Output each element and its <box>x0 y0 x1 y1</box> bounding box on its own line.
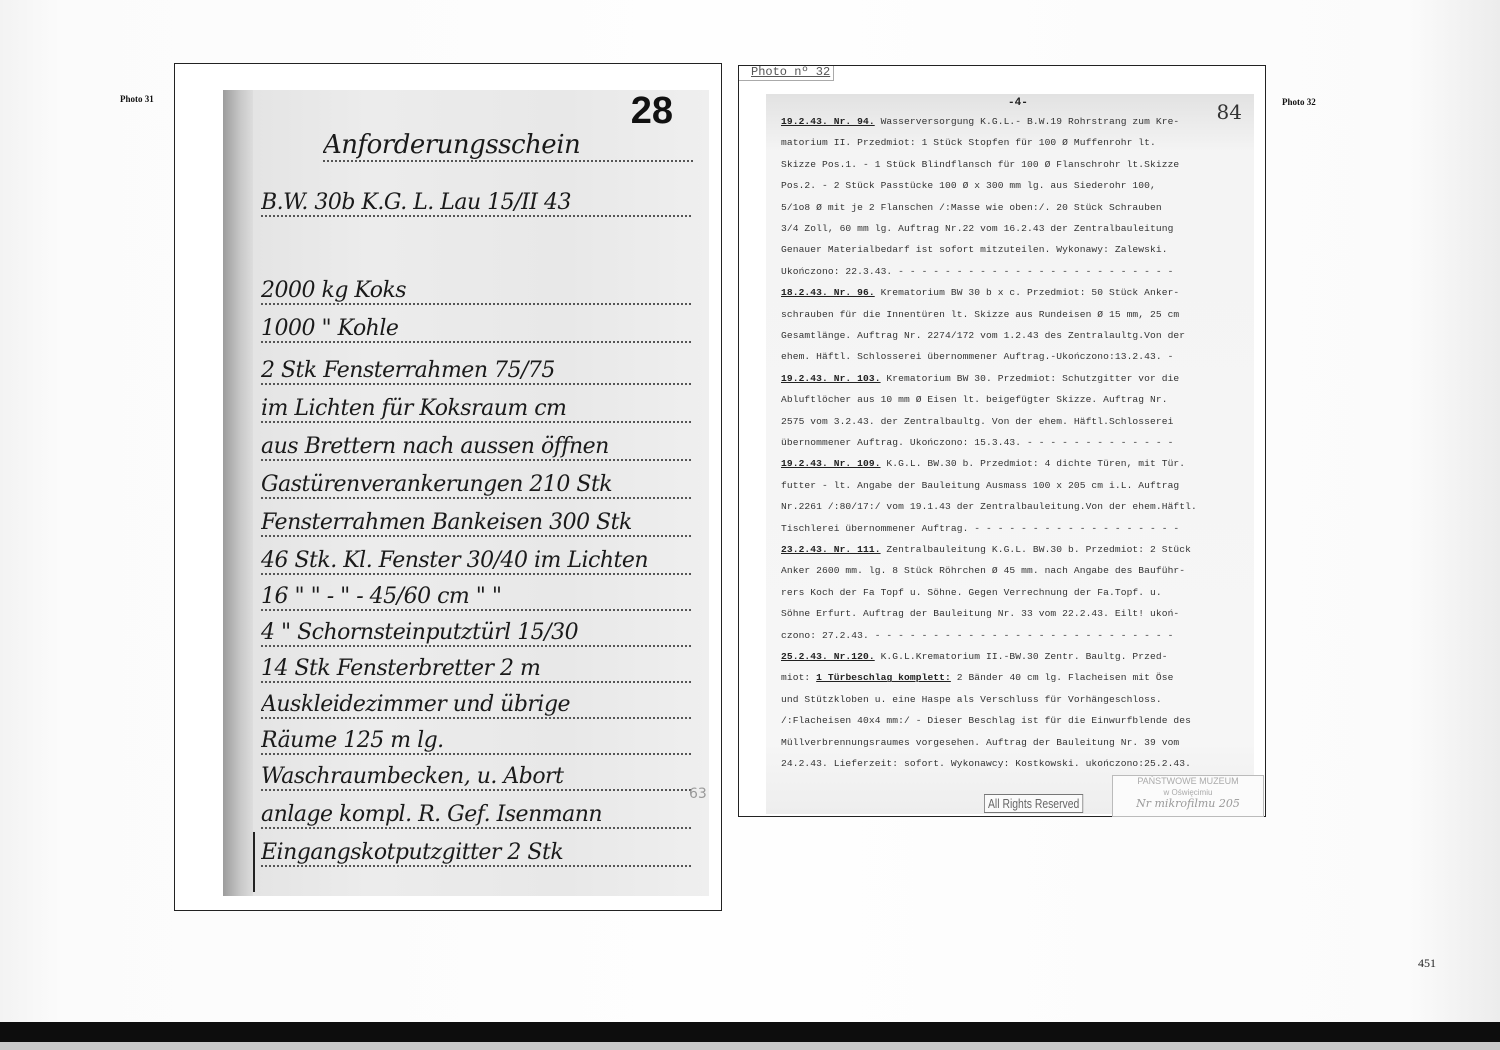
photo-caption: Photo nº 32 <box>751 65 830 79</box>
typewritten-line: 2575 vom 3.2.43. der Zentralbaultg. Von … <box>781 416 1246 427</box>
typewritten-line: Anker 2600 mm. lg. 8 Stück Röhrchen Ø 45… <box>781 565 1246 576</box>
typewritten-line: Müllverbrennungsraumes vorgesehen. Auftr… <box>781 737 1246 748</box>
typewritten-line: 25.2.43. Nr.120. K.G.L.Krematorium II.-B… <box>781 651 1246 662</box>
entry-text: czono: 27.2.43. - - - - - - - - - - - - … <box>781 630 1173 641</box>
entry-text: Skizze Pos.1. - 1 Stück Blindflansch für… <box>781 159 1179 170</box>
entry-text: K.G.L. BW.30 b. Przedmiot: 4 dichte Türe… <box>881 458 1186 469</box>
photo-32-label: Photo 32 <box>1282 97 1316 107</box>
handwritten-line: aus Brettern nach aussen öffnen <box>261 434 691 461</box>
typewritten-line: 5/1o8 Ø mit je 2 Flanschen /:Masse wie o… <box>781 202 1246 213</box>
entry-text: 24.2.43. Lieferzeit: sofort. Wykonawcy: … <box>781 758 1191 769</box>
typewritten-line: miot: 1 Türbeschlag komplett: 2 Bänder 4… <box>781 672 1246 683</box>
typewritten-line: Pos.2. - 2 Stück Passtücke 100 Ø x 300 m… <box>781 180 1246 191</box>
entry-text: Ukończono: 22.3.43. - - - - - - - - - - … <box>781 266 1173 277</box>
typewritten-line: Gesamtlänge. Auftrag Nr. 2274/172 vom 1.… <box>781 330 1246 341</box>
museum-stamp-title: PAŃSTWOWE MUZEUM <box>1113 776 1263 787</box>
notebook-binding-shadow <box>223 90 253 896</box>
entry-text: übernommener Auftrag. Ukończono: 15.3.43… <box>781 437 1173 448</box>
entry-date-number: 23.2.43. Nr. 111. <box>781 544 881 555</box>
entry-text: Abluftlöcher aus 10 mm Ø Eisen lt. beige… <box>781 394 1168 405</box>
entry-text: 5/1o8 Ø mit je 2 Flanschen /:Masse wie o… <box>781 202 1162 213</box>
typewritten-line: /:Flacheisen 40x4 mm:/ - Dieser Beschlag… <box>781 715 1246 726</box>
entry-text: /:Flacheisen 40x4 mm:/ - Dieser Beschlag… <box>781 715 1191 726</box>
photo-31-label: Photo 31 <box>120 94 154 104</box>
typewritten-sheet: -4- 84 19.2.43. Nr. 94. Wasserversorgung… <box>766 94 1254 814</box>
handwritten-line: Waschraumbecken, u. Abort <box>261 764 691 791</box>
handwritten-line: Gastürenverankerungen 210 Stk <box>261 472 691 499</box>
entry-text: futter - lt. Angabe der Bauleitung Ausma… <box>781 480 1179 491</box>
entry-date-number: 25.2.43. Nr.120. <box>781 651 875 662</box>
typewritten-line: 23.2.43. Nr. 111. Zentralbauleitung K.G.… <box>781 544 1246 555</box>
entry-underlined-text: 1 Türbeschlag komplett: <box>816 672 951 683</box>
handwritten-requisition-photo: 28 Anforderungsschein B.W. 30b K.G. L. L… <box>223 90 709 896</box>
scan-bottom-edge <box>0 1022 1500 1042</box>
page-number: 451 <box>1418 956 1436 971</box>
entry-date-number: 19.2.43. Nr. 103. <box>781 373 881 384</box>
typewritten-line: 24.2.43. Lieferzeit: sofort. Wykonawcy: … <box>781 758 1246 769</box>
handwritten-line: Eingangskotputzgitter 2 Stk <box>261 840 691 867</box>
entry-text: und Stützkloben u. eine Haspe als Versch… <box>781 694 1162 705</box>
typewritten-line: ehem. Häftl. Schlosserei übernommener Au… <box>781 351 1246 362</box>
handwritten-line: 16 " " - " - 45/60 cm " " <box>261 584 691 611</box>
typewritten-line: 19.2.43. Nr. 103. Krematorium BW 30. Prz… <box>781 373 1246 384</box>
entry-text: Krematorium BW 30 b x c. Przedmiot: 50 S… <box>875 287 1180 298</box>
entry-text: Nr.2261 /:80/17:/ vom 19.1.43 der Zentra… <box>781 501 1197 512</box>
handwritten-line: Räume 125 m lg. <box>261 728 691 755</box>
typewritten-line: Ukończono: 22.3.43. - - - - - - - - - - … <box>781 266 1246 277</box>
handwritten-line: B.W. 30b K.G. L. Lau 15/II 43 <box>261 190 691 217</box>
handwritten-line: 46 Stk. Kl. Fenster 30/40 im Lichten <box>261 548 691 575</box>
typewritten-line: matorium II. Przedmiot: 1 Stück Stopfen … <box>781 137 1246 148</box>
entry-text: Genauer Materialbedarf ist sofort mitzut… <box>781 244 1168 255</box>
typewritten-line: 19.2.43. Nr. 109. K.G.L. BW.30 b. Przedm… <box>781 458 1246 469</box>
bleed-through-text-right <box>1280 150 1430 850</box>
handwritten-title: Anforderungsschein <box>323 130 693 162</box>
entry-text: 2575 vom 3.2.43. der Zentralbaultg. Von … <box>781 416 1173 427</box>
handwritten-line: 1000 " Kohle <box>261 316 691 343</box>
archive-number: 28 <box>631 90 673 133</box>
entry-date-number: 18.2.43. Nr. 96. <box>781 287 875 298</box>
handwritten-line: Auskleidezimmer und übrige <box>261 692 691 719</box>
entry-text: K.G.L.Krematorium II.-BW.30 Zentr. Bault… <box>875 651 1168 662</box>
entry-text: Gesamtlänge. Auftrag Nr. 2274/172 vom 1.… <box>781 330 1185 341</box>
entry-text: Wasserversorgung K.G.L.- B.W.19 Rohrstra… <box>875 116 1180 127</box>
typewritten-line: übernommener Auftrag. Ukończono: 15.3.43… <box>781 437 1246 448</box>
sheet-page-number: -4- <box>1008 97 1028 109</box>
handwritten-line: 2 Stk Fensterrahmen 75/75 <box>261 358 691 385</box>
typewritten-line: rers Koch der Fa Topf u. Söhne. Gegen Ve… <box>781 587 1246 598</box>
handwritten-line: 2000 kg Koks <box>261 278 691 305</box>
entry-date-number: 19.2.43. Nr. 94. <box>781 116 875 127</box>
all-rights-reserved-stamp: All Rights Reserved <box>984 794 1083 813</box>
entry-text: rers Koch der Fa Topf u. Söhne. Gegen Ve… <box>781 587 1162 598</box>
typewritten-line: Söhne Erfurt. Auftrag der Bauleitung Nr.… <box>781 608 1246 619</box>
entry-text: Söhne Erfurt. Auftrag der Bauleitung Nr.… <box>781 608 1179 619</box>
typewritten-line: Skizze Pos.1. - 1 Stück Blindflansch für… <box>781 159 1246 170</box>
typewritten-line: schrauben für die Innentüren lt. Skizze … <box>781 309 1246 320</box>
faint-pencil-number: 63 <box>689 786 707 802</box>
typewritten-line: 19.2.43. Nr. 94. Wasserversorgung K.G.L.… <box>781 116 1246 127</box>
handwritten-line: anlage kompl. R. Gef. Isenmann <box>261 802 691 829</box>
typewritten-line: Abluftlöcher aus 10 mm Ø Eisen lt. beige… <box>781 394 1246 405</box>
typewritten-line: 18.2.43. Nr. 96. Krematorium BW 30 b x c… <box>781 287 1246 298</box>
handwritten-line: im Lichten für Koksraum cm <box>261 396 691 423</box>
entry-text: Krematorium BW 30. Przedmiot: Schutzgitt… <box>881 373 1180 384</box>
entry-text: 3/4 Zoll, 60 mm lg. Auftrag Nr.22 vom 16… <box>781 223 1173 234</box>
entry-text: Pos.2. - 2 Stück Passtücke 100 Ø x 300 m… <box>781 180 1156 191</box>
museum-stamp-film-number: Nr mikrofilmu 205 <box>1113 798 1263 809</box>
entry-text: schrauben für die Innentüren lt. Skizze … <box>781 309 1179 320</box>
typewritten-line: Genauer Materialbedarf ist sofort mitzut… <box>781 244 1246 255</box>
entry-text: Zentralbauleitung K.G.L. BW.30 b. Przedm… <box>881 544 1191 555</box>
entry-date-number: 19.2.43. Nr. 109. <box>781 458 881 469</box>
typewritten-line: 3/4 Zoll, 60 mm lg. Auftrag Nr.22 vom 16… <box>781 223 1246 234</box>
entry-text: Tischlerei übernommener Auftrag. - - - -… <box>781 523 1179 534</box>
handwritten-line: Fensterrahmen Bankeisen 300 Stk <box>261 510 691 537</box>
museum-stamp: PAŃSTWOWE MUZEUM w Oświęcimiu Nr mikrofi… <box>1112 775 1264 817</box>
entry-text: Anker 2600 mm. lg. 8 Stück Röhrchen Ø 45… <box>781 565 1185 576</box>
margin-rule <box>253 832 255 892</box>
entry-text: ehem. Häftl. Schlosserei übernommener Au… <box>781 351 1173 362</box>
entry-text: matorium II. Przedmiot: 1 Stück Stopfen … <box>781 137 1156 148</box>
typewritten-line: und Stützkloben u. eine Haspe als Versch… <box>781 694 1246 705</box>
bleed-through-text-left <box>100 95 170 795</box>
entry-text-tail: 2 Bänder 40 cm lg. Flacheisen mit Öse <box>951 672 1174 683</box>
photo-31-frame: 28 Anforderungsschein B.W. 30b K.G. L. L… <box>174 63 722 911</box>
entry-text: miot: <box>781 672 816 683</box>
photo-32-frame: Photo nº 32 -4- 84 19.2.43. Nr. 94. Wass… <box>738 65 1266 817</box>
scan-bottom-margin <box>0 1042 1500 1050</box>
typewritten-line: Tischlerei übernommener Auftrag. - - - -… <box>781 523 1246 534</box>
typewritten-line: futter - lt. Angabe der Bauleitung Ausma… <box>781 480 1246 491</box>
typewritten-line: Nr.2261 /:80/17:/ vom 19.1.43 der Zentra… <box>781 501 1246 512</box>
handwritten-line: 14 Stk Fensterbretter 2 m <box>261 656 691 683</box>
handwritten-line: 4 " Schornsteinputztürl 15/30 <box>261 620 691 647</box>
typewritten-line: czono: 27.2.43. - - - - - - - - - - - - … <box>781 630 1246 641</box>
entry-text: Müllverbrennungsraumes vorgesehen. Auftr… <box>781 737 1179 748</box>
